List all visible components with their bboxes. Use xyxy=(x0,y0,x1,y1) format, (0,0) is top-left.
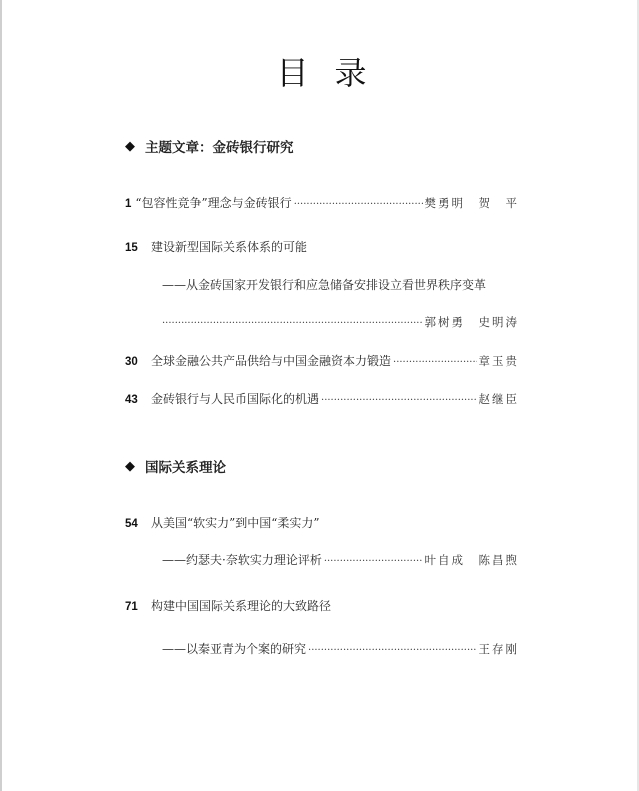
entry-subtitle: ——约瑟夫·奈软实力理论评析 xyxy=(162,551,322,568)
toc-entry[interactable]: 1 “包容性竞争”理念与金砖银行 樊勇明 贺 平 xyxy=(125,194,519,211)
document-page: 目录 ◆ 主题文章：金砖银行研究 1 “包容性竞争”理念与金砖银行 樊勇明 贺 … xyxy=(0,0,639,791)
diamond-bullet-icon: ◆ xyxy=(125,459,135,474)
dot-leader xyxy=(308,645,476,656)
entry-authors: 赵继臣 xyxy=(479,391,520,407)
dot-leader xyxy=(324,556,423,567)
toc-entry[interactable]: 15 建设新型国际关系体系的可能 xyxy=(125,238,519,255)
toc-entry-subtitle: ——以秦亚青为个案的研究 王存刚 xyxy=(162,640,519,657)
dot-leader xyxy=(162,318,423,329)
entry-authors: 叶自成 陈昌煦 xyxy=(425,552,520,568)
section-heading-text: 国际关系理论 xyxy=(145,456,226,476)
entry-title: 全球金融公共产品供给与中国金融资本力锻造 xyxy=(151,352,391,369)
entry-subtitle: ——从金砖国家开发银行和应急储备安排设立看世界秩序变革 xyxy=(162,276,486,293)
entry-subtitle: ——以秦亚青为个案的研究 xyxy=(162,640,306,657)
page-number: 1 xyxy=(125,198,131,210)
entry-title: 金砖银行与人民币国际化的机遇 xyxy=(151,390,319,407)
section-heading: ◆ 国际关系理论 xyxy=(125,456,226,476)
entry-authors: 樊勇明 贺 平 xyxy=(425,195,520,211)
dot-leader xyxy=(393,357,476,368)
entry-title: 从美国“软实力”到中国“柔实力” xyxy=(151,514,320,531)
toc-entry[interactable]: 71 构建中国国际关系理论的大致路径 xyxy=(125,597,519,614)
page-number: 30 xyxy=(125,356,151,368)
entry-authors: 郭树勇 史明涛 xyxy=(425,314,520,330)
entry-title: 建设新型国际关系体系的可能 xyxy=(151,238,307,255)
entry-authors: 王存刚 xyxy=(479,641,520,657)
toc-entry[interactable]: 30 全球金融公共产品供给与中国金融资本力锻造 章玉贵 xyxy=(125,352,519,369)
toc-entry-authors-line: 郭树勇 史明涛 xyxy=(162,314,519,330)
section-heading: ◆ 主题文章：金砖银行研究 xyxy=(125,136,294,156)
page-number: 43 xyxy=(125,394,151,406)
dot-leader xyxy=(321,395,476,406)
diamond-bullet-icon: ◆ xyxy=(125,139,135,154)
entry-title: “包容性竞争”理念与金砖银行 xyxy=(135,194,291,211)
page-number: 54 xyxy=(125,518,151,530)
page-title: 目录 xyxy=(2,48,639,94)
page-number: 15 xyxy=(125,242,151,254)
entry-title: 构建中国国际关系理论的大致路径 xyxy=(151,597,331,614)
entry-authors: 章玉贵 xyxy=(479,353,520,369)
toc-entry-subtitle: ——约瑟夫·奈软实力理论评析 叶自成 陈昌煦 xyxy=(162,551,519,568)
toc-entry[interactable]: 43 金砖银行与人民币国际化的机遇 赵继臣 xyxy=(125,390,519,407)
dot-leader xyxy=(294,199,423,210)
page-number: 71 xyxy=(125,601,151,613)
section-heading-text: 主题文章：金砖银行研究 xyxy=(145,136,294,156)
toc-entry[interactable]: 54 从美国“软实力”到中国“柔实力” xyxy=(125,514,519,531)
toc-entry-subtitle: ——从金砖国家开发银行和应急储备安排设立看世界秩序变革 xyxy=(162,276,519,293)
